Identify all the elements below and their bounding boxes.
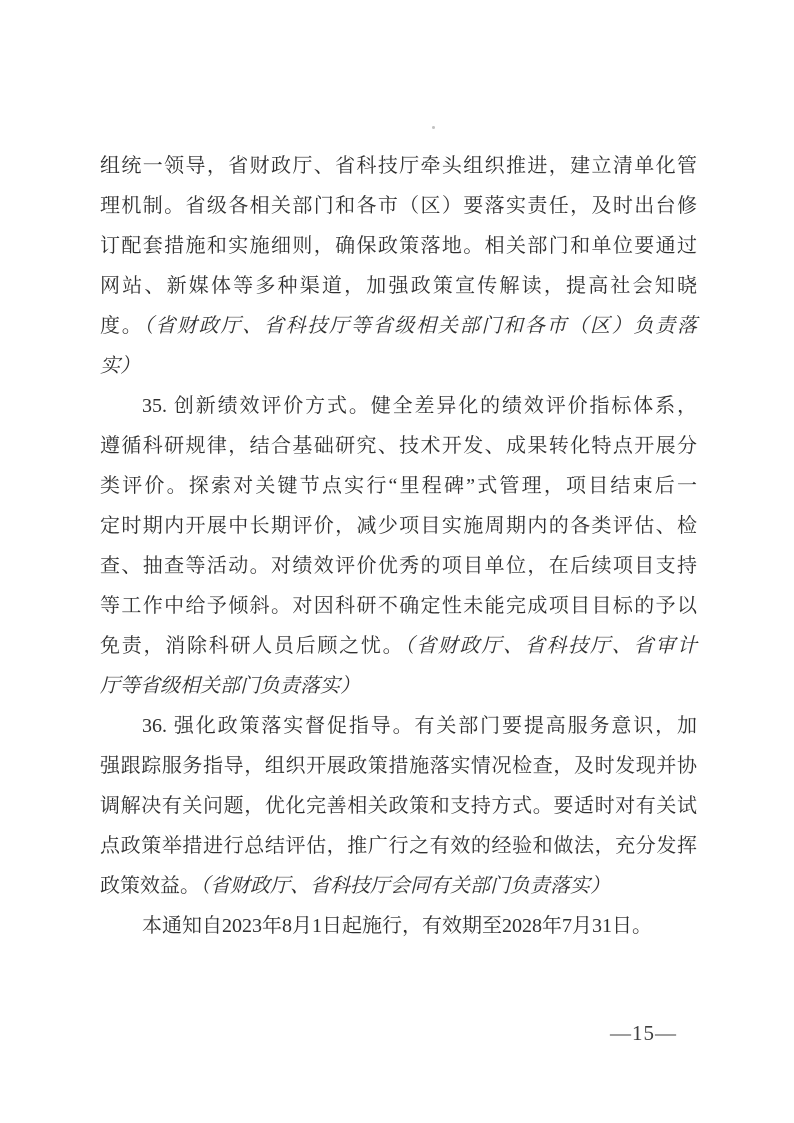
text-line: 理机制。省级各相关部门和各市（区）要落实责任，及时出台修	[100, 186, 697, 226]
body-text-segment: 网站、新媒体等多种渠道，加强政策宣传解读，提高社会知晓	[100, 275, 697, 297]
page-number: —15—	[610, 1016, 677, 1050]
text-line: 网站、新媒体等多种渠道，加强政策宣传解读，提高社会知晓	[100, 266, 697, 306]
text-line-item-36: 36. 强化政策落实督促指导。有关部门要提高服务意识，加	[100, 706, 697, 746]
text-line: 定时期内开展中长期评价，减少项目实施周期内的各类评估、检	[100, 506, 697, 546]
body-text-segment: 35. 创新绩效评价方式。健全差异化的绩效评价指标体系，	[142, 395, 697, 417]
text-line: 遵循科研规律，结合基础研究、技术开发、成果转化特点开展分	[100, 426, 697, 466]
scan-artifact-dot	[432, 126, 435, 129]
body-text-segment: 调解决有关问题，优化完善相关政策和支持方式。要适时对有关试	[100, 795, 697, 817]
document-body: 组统一领导，省财政厅、省科技厅牵头组织推进，建立清单化管 理机制。省级各相关部门…	[100, 146, 697, 946]
text-line: 类评价。探索对关键节点实行“里程碑”式管理，项目结束后一	[100, 466, 697, 506]
text-line: 政策效益。（省财政厅、省科技厅会同有关部门负责落实）	[100, 866, 697, 906]
text-line: 实）	[100, 346, 697, 386]
attribution-text-segment: （省财政厅、省科技厅、省审计	[404, 635, 697, 657]
text-line: 度。（省财政厅、省科技厅等省级相关部门和各市（区）负责落	[100, 306, 697, 346]
attribution-text-segment: （省财政厅、省科技厅等省级相关部门和各市（区）负责落	[143, 315, 697, 337]
body-text-segment: 政策效益。	[100, 875, 200, 897]
body-text-segment: 36. 强化政策落实督促指导。有关部门要提高服务意识，加	[142, 715, 697, 737]
text-line-item-35: 35. 创新绩效评价方式。健全差异化的绩效评价指标体系，	[100, 386, 697, 426]
body-text-segment: 点政策举措进行总结评估，推广行之有效的经验和做法，充分发挥	[100, 835, 697, 857]
body-text-segment: 订配套措施和实施细则，确保政策落地。相关部门和单位要通过	[100, 235, 697, 257]
text-line: 等工作中给予倾斜。对因科研不确定性未能完成项目目标的予以	[100, 586, 697, 626]
text-line: 调解决有关问题，优化完善相关政策和支持方式。要适时对有关试	[100, 786, 697, 826]
body-text-segment: 定时期内开展中长期评价，减少项目实施周期内的各类评估、检	[100, 515, 697, 537]
body-text-segment: 理机制。省级各相关部门和各市（区）要落实责任，及时出台修	[100, 195, 697, 217]
body-text-segment: 遵循科研规律，结合基础研究、技术开发、成果转化特点开展分	[100, 435, 697, 457]
body-text-segment: 度。	[100, 315, 143, 337]
body-text-segment: 免责，消除科研人员后顾之忧。	[100, 635, 404, 657]
text-line: 强跟踪服务指导，组织开展政策措施落实情况检查，及时发现并协	[100, 746, 697, 786]
text-line: 查、抽查等活动。对绩效评价优秀的项目单位，在后续项目支持	[100, 546, 697, 586]
text-line: 点政策举措进行总结评估，推广行之有效的经验和做法，充分发挥	[100, 826, 697, 866]
attribution-text-segment: 厅等省级相关部门负责落实）	[100, 675, 360, 697]
text-line: 订配套措施和实施细则，确保政策落地。相关部门和单位要通过	[100, 226, 697, 266]
attribution-text-segment: 实）	[100, 355, 140, 377]
body-text-segment: 本通知自2023年8月1日起施行，有效期至2028年7月31日。	[142, 915, 652, 937]
body-text-segment: 类评价。探索对关键节点实行“里程碑”式管理，项目结束后一	[100, 475, 697, 497]
body-text-segment: 等工作中给予倾斜。对因科研不确定性未能完成项目目标的予以	[100, 595, 697, 617]
body-text-segment: 查、抽查等活动。对绩效评价优秀的项目单位，在后续项目支持	[100, 555, 697, 577]
text-line: 免责，消除科研人员后顾之忧。（省财政厅、省科技厅、省审计	[100, 626, 697, 666]
body-text-segment: 强跟踪服务指导，组织开展政策措施落实情况检查，及时发现并协	[100, 755, 697, 777]
text-line-effective-date: 本通知自2023年8月1日起施行，有效期至2028年7月31日。	[100, 906, 697, 946]
body-text-segment: 组统一领导，省财政厅、省科技厅牵头组织推进，建立清单化管	[100, 155, 697, 177]
text-line: 组统一领导，省财政厅、省科技厅牵头组织推进，建立清单化管	[100, 146, 697, 186]
document-page: 组统一领导，省财政厅、省科技厅牵头组织推进，建立清单化管 理机制。省级各相关部门…	[0, 0, 794, 1123]
text-line: 厅等省级相关部门负责落实）	[100, 666, 697, 706]
attribution-text-segment: （省财政厅、省科技厅会同有关部门负责落实）	[200, 875, 610, 897]
